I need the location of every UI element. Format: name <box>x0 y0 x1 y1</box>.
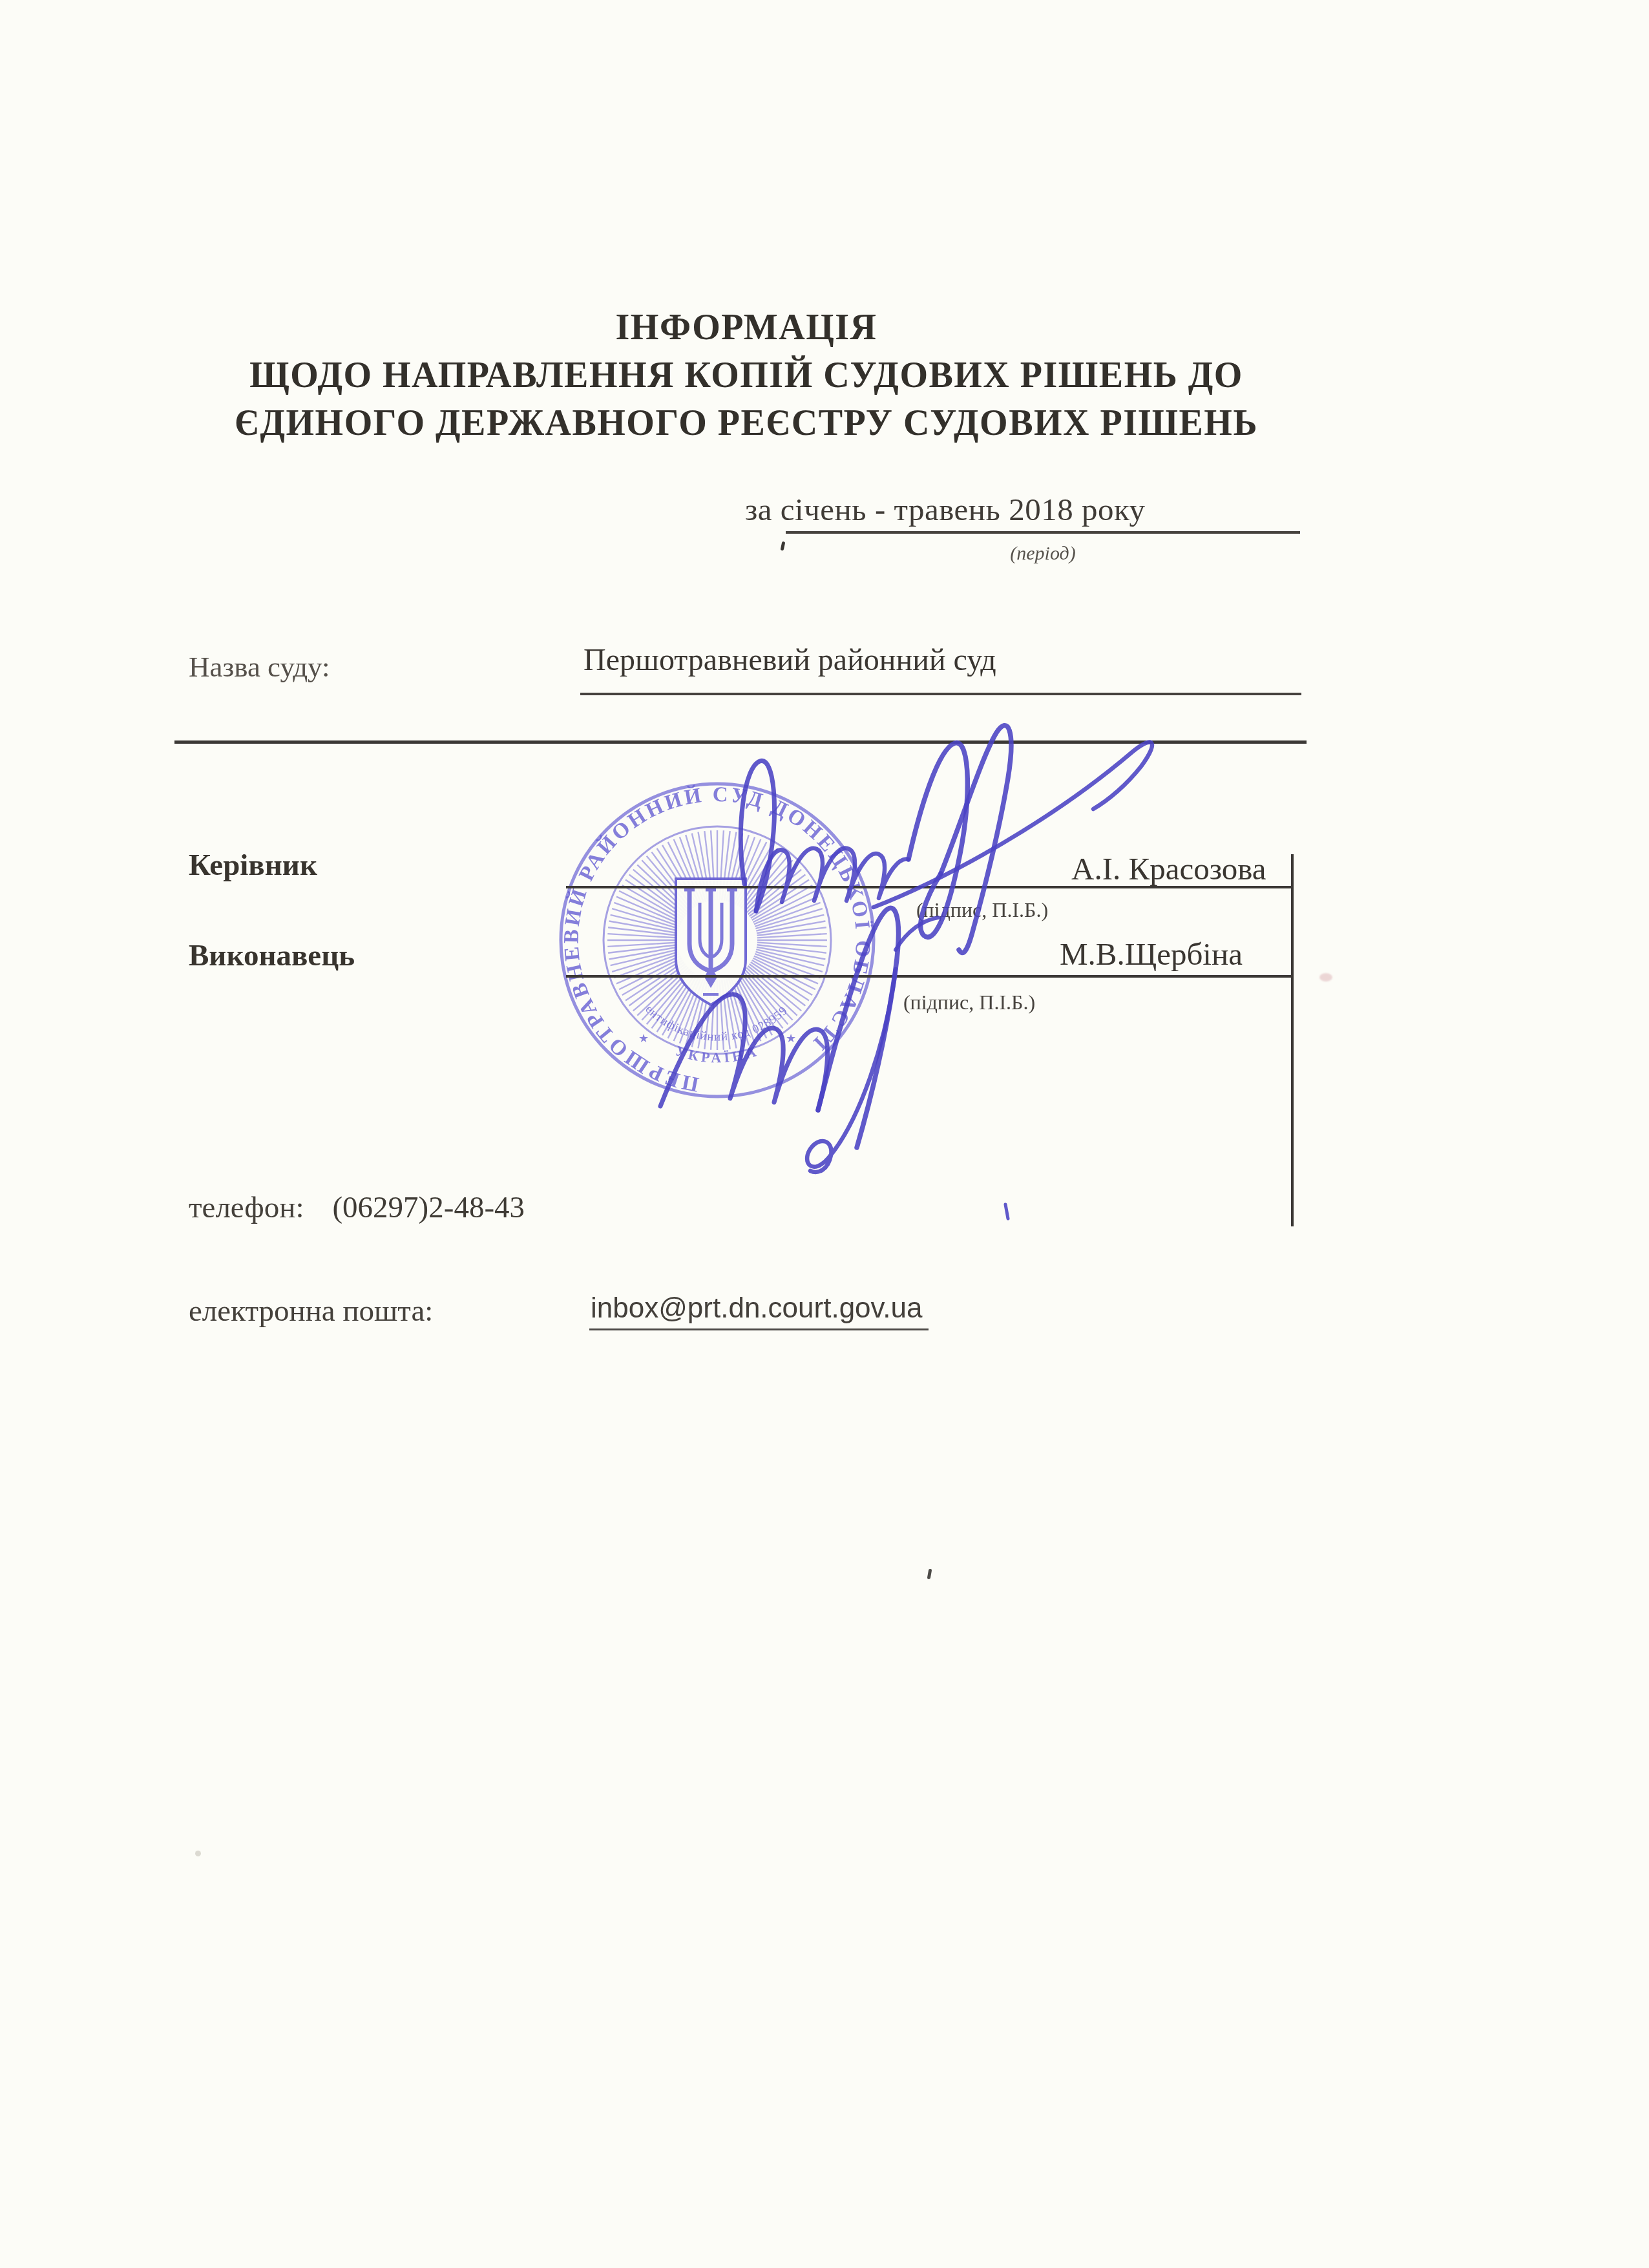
title-line-2: ЩОДО НАПРАВЛЕННЯ КОПІЙ СУДОВИХ РІШЕНЬ ДО <box>187 352 1305 399</box>
ink-tick <box>1005 1204 1008 1219</box>
signature-vykonavets <box>660 908 1008 1219</box>
phone-label: телефон: <box>189 1191 304 1224</box>
paper-speck <box>195 1851 201 1856</box>
court-name-label: Назва суду: <box>189 650 330 684</box>
phone-value: (06297)2-48-43 <box>332 1191 525 1224</box>
ink-speck <box>927 1569 932 1580</box>
email-label: електронна пошта: <box>189 1294 433 1328</box>
email-value: inbox@prt.dn.court.gov.ua <box>589 1292 929 1330</box>
scanned-document-page: ІНФОРМАЦІЯ ЩОДО НАПРАВЛЕННЯ КОПІЙ СУДОВИ… <box>0 0 1649 2268</box>
document-title: ІНФОРМАЦІЯ ЩОДО НАПРАВЛЕННЯ КОПІЙ СУДОВИ… <box>187 304 1305 447</box>
handwritten-signatures <box>582 672 1228 1221</box>
period-value: за січень - травень 2018 року <box>745 491 1146 528</box>
right-margin-vertical-rule <box>1291 854 1294 1226</box>
scan-smudge <box>1319 973 1332 982</box>
ink-speck-comma <box>781 541 786 551</box>
title-line-1: ІНФОРМАЦІЯ <box>187 304 1305 352</box>
signature-kerivnyk <box>740 726 1152 953</box>
period-underline <box>786 531 1300 534</box>
period-caption: (період) <box>786 543 1300 565</box>
title-line-3: ЄДИНОГО ДЕРЖАВНОГО РЕЄСТРУ СУДОВИХ РІШЕН… <box>187 399 1305 447</box>
phone-row: телефон:(06297)2-48-43 <box>189 1190 525 1225</box>
role-label-kerivnyk: Керівник <box>189 848 317 883</box>
role-label-vykonavets: Виконавець <box>189 938 355 973</box>
